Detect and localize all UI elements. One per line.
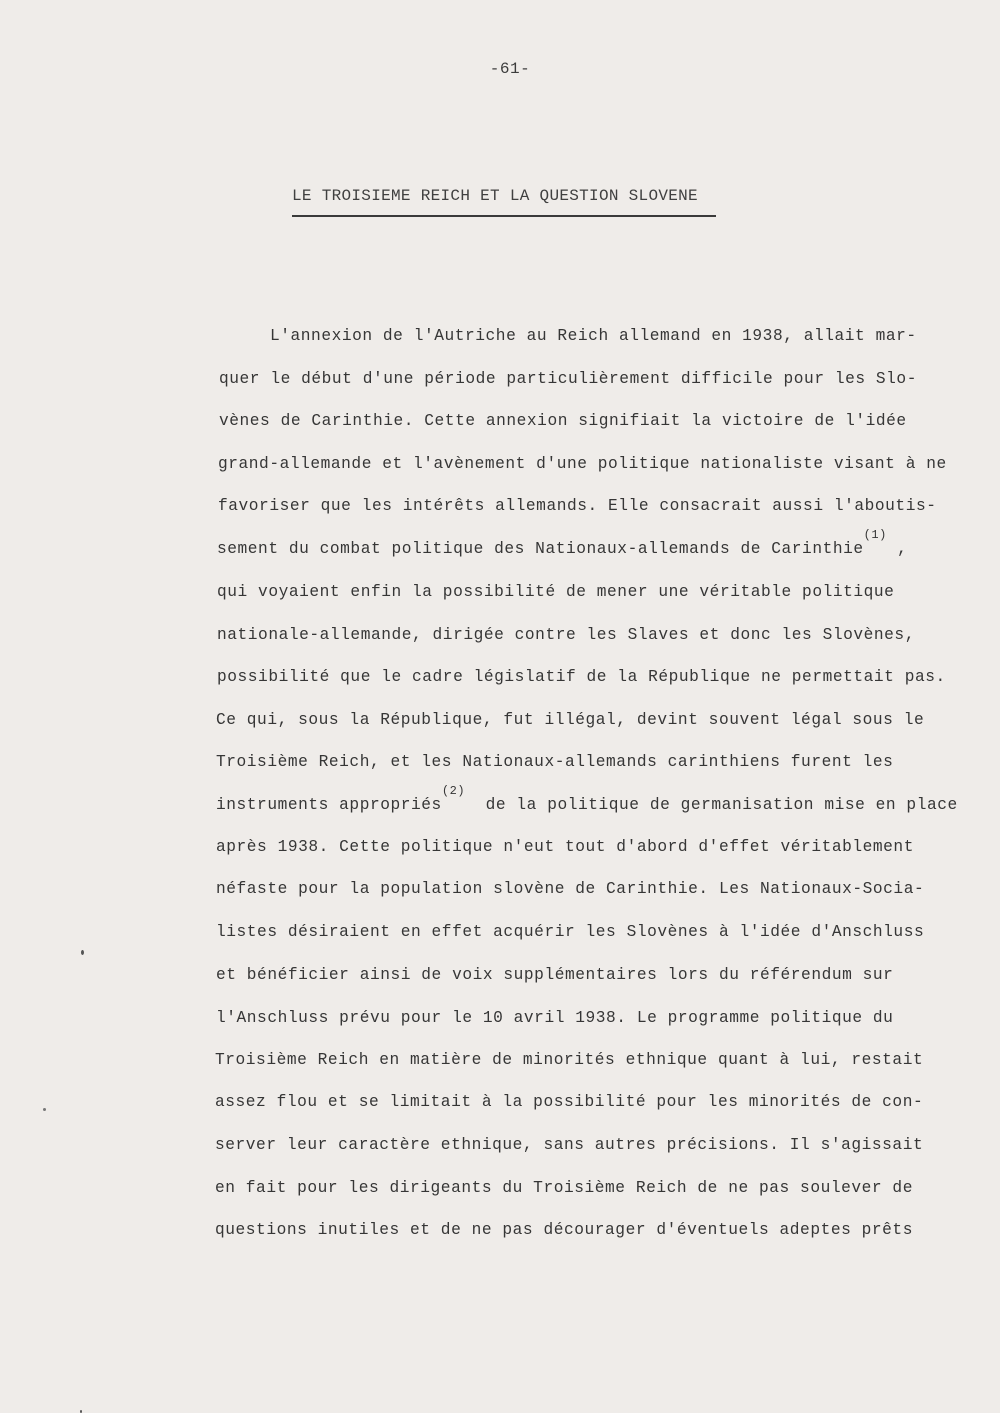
paper-speck bbox=[43, 1108, 46, 1111]
text-line: Troisième Reich en matière de minorités … bbox=[215, 1050, 923, 1070]
text-line: après 1938. Cette politique n'eut tout d… bbox=[216, 837, 914, 857]
chapter-title: LE TROISIEME REICH ET LA QUESTION SLOVEN… bbox=[292, 187, 716, 217]
footnote-ref-1: (1) bbox=[864, 528, 887, 542]
text-line: Ce qui, sous la République, fut illégal,… bbox=[216, 710, 924, 730]
text-line: quer le début d'une période particulière… bbox=[219, 369, 917, 389]
document-page: -61- LE TROISIEME REICH ET LA QUESTION S… bbox=[0, 0, 1000, 1413]
text-line: favoriser que les intérêts allemands. El… bbox=[218, 496, 937, 516]
text-line: instruments appropriés(2) de la politiqu… bbox=[216, 795, 958, 815]
text-line: l'Anschluss prévu pour le 10 avril 1938.… bbox=[216, 1008, 893, 1028]
text-line: assez flou et se limitait à la possibili… bbox=[215, 1092, 923, 1112]
text-line: listes désiraient en effet acquérir les … bbox=[216, 922, 924, 942]
text-line: server leur caractère ethnique, sans aut… bbox=[215, 1135, 923, 1155]
text-line: Troisième Reich, et les Nationaux-allema… bbox=[216, 752, 893, 772]
text-line: grand-allemande et l'avènement d'une pol… bbox=[218, 454, 947, 474]
text-line: L'annexion de l'Autriche au Reich allema… bbox=[270, 326, 917, 346]
text-line: et bénéficier ainsi de voix supplémentai… bbox=[216, 965, 893, 985]
text-line: vènes de Carinthie. Cette annexion signi… bbox=[219, 411, 907, 431]
text-line: en fait pour les dirigeants du Troisième… bbox=[215, 1178, 913, 1198]
page-number: -61- bbox=[0, 60, 1000, 78]
text-line: sement du combat politique des Nationaux… bbox=[217, 539, 907, 559]
paper-speck bbox=[81, 950, 84, 955]
text-line: qui voyaient enfin la possibilité de men… bbox=[217, 582, 894, 602]
footnote-ref-2: (2) bbox=[442, 784, 465, 798]
text-line: néfaste pour la population slovène de Ca… bbox=[216, 879, 924, 899]
text-line: possibilité que le cadre législatif de l… bbox=[217, 667, 946, 687]
text-line: questions inutiles et de ne pas décourag… bbox=[215, 1220, 913, 1240]
text-line: nationale-allemande, dirigée contre les … bbox=[217, 625, 915, 645]
